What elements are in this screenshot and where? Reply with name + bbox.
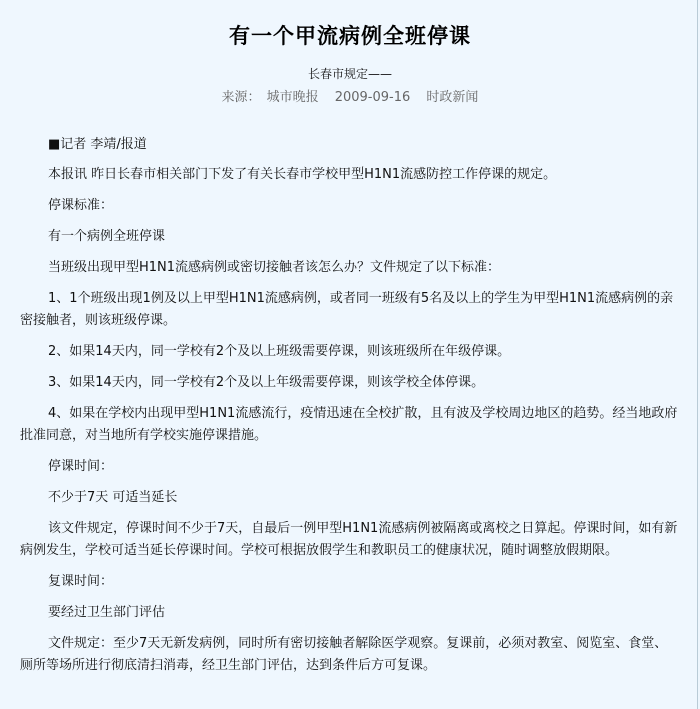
section-subheading: 不少于7天 可适当延长 bbox=[20, 487, 680, 509]
section-subheading: 要经过卫生部门评估 bbox=[20, 602, 680, 624]
section-subheading: 有一个病例全班停课 bbox=[20, 226, 680, 248]
article-page: 有一个甲流病例全班停课 长春市规定—— 来源：城市晚报 2009-09-16 时… bbox=[0, 0, 698, 709]
category-label: 时政新闻 bbox=[426, 90, 478, 105]
article-meta: 来源：城市晚报 2009-09-16 时政新闻 bbox=[0, 86, 700, 105]
article-subtitle: 长春市规定—— bbox=[0, 65, 700, 82]
source-name: 城市晚报 bbox=[267, 90, 319, 105]
article-title: 有一个甲流病例全班停课 bbox=[0, 20, 700, 50]
section-heading: 停课标准： bbox=[20, 195, 680, 217]
publish-date: 2009-09-16 bbox=[335, 90, 411, 105]
section-heading: 停课时间： bbox=[20, 456, 680, 478]
source-label: 来源： bbox=[222, 90, 261, 105]
paragraph: 本报讯 昨日长春市相关部门下发了有关长春市学校甲型H1N1流感防控工作停课的规定… bbox=[20, 164, 680, 186]
list-item: 1、1个班级出现1例及以上甲型H1N1流感病例，或者同一班级有5名及以上的学生为… bbox=[20, 288, 680, 332]
list-item: 2、如果14天内，同一学校有2个及以上班级需要停课，则该班级所在年级停课。 bbox=[20, 341, 680, 363]
paragraph: 当班级出现甲型H1N1流感病例或密切接触者该怎么办？文件规定了以下标准： bbox=[20, 257, 680, 279]
section-heading: 复课时间： bbox=[20, 571, 680, 593]
list-item: 3、如果14天内，同一学校有2个及以上年级需要停课，则该学校全体停课。 bbox=[20, 372, 680, 394]
article-body: ■记者 李靖/报道 本报讯 昨日长春市相关部门下发了有关长春市学校甲型H1N1流… bbox=[20, 134, 680, 686]
paragraph: 该文件规定，停课时间不少于7天，自最后一例甲型H1N1流感病例被隔离或离校之日算… bbox=[20, 518, 680, 562]
byline: ■记者 李靖/报道 bbox=[20, 134, 680, 156]
list-item: 4、如果在学校内出现甲型H1N1流感流行，疫情迅速在全校扩散，且有波及学校周边地… bbox=[20, 403, 680, 447]
paragraph: 文件规定：至少7天无新发病例，同时所有密切接触者解除医学观察。复课前，必须对教室… bbox=[20, 633, 680, 677]
